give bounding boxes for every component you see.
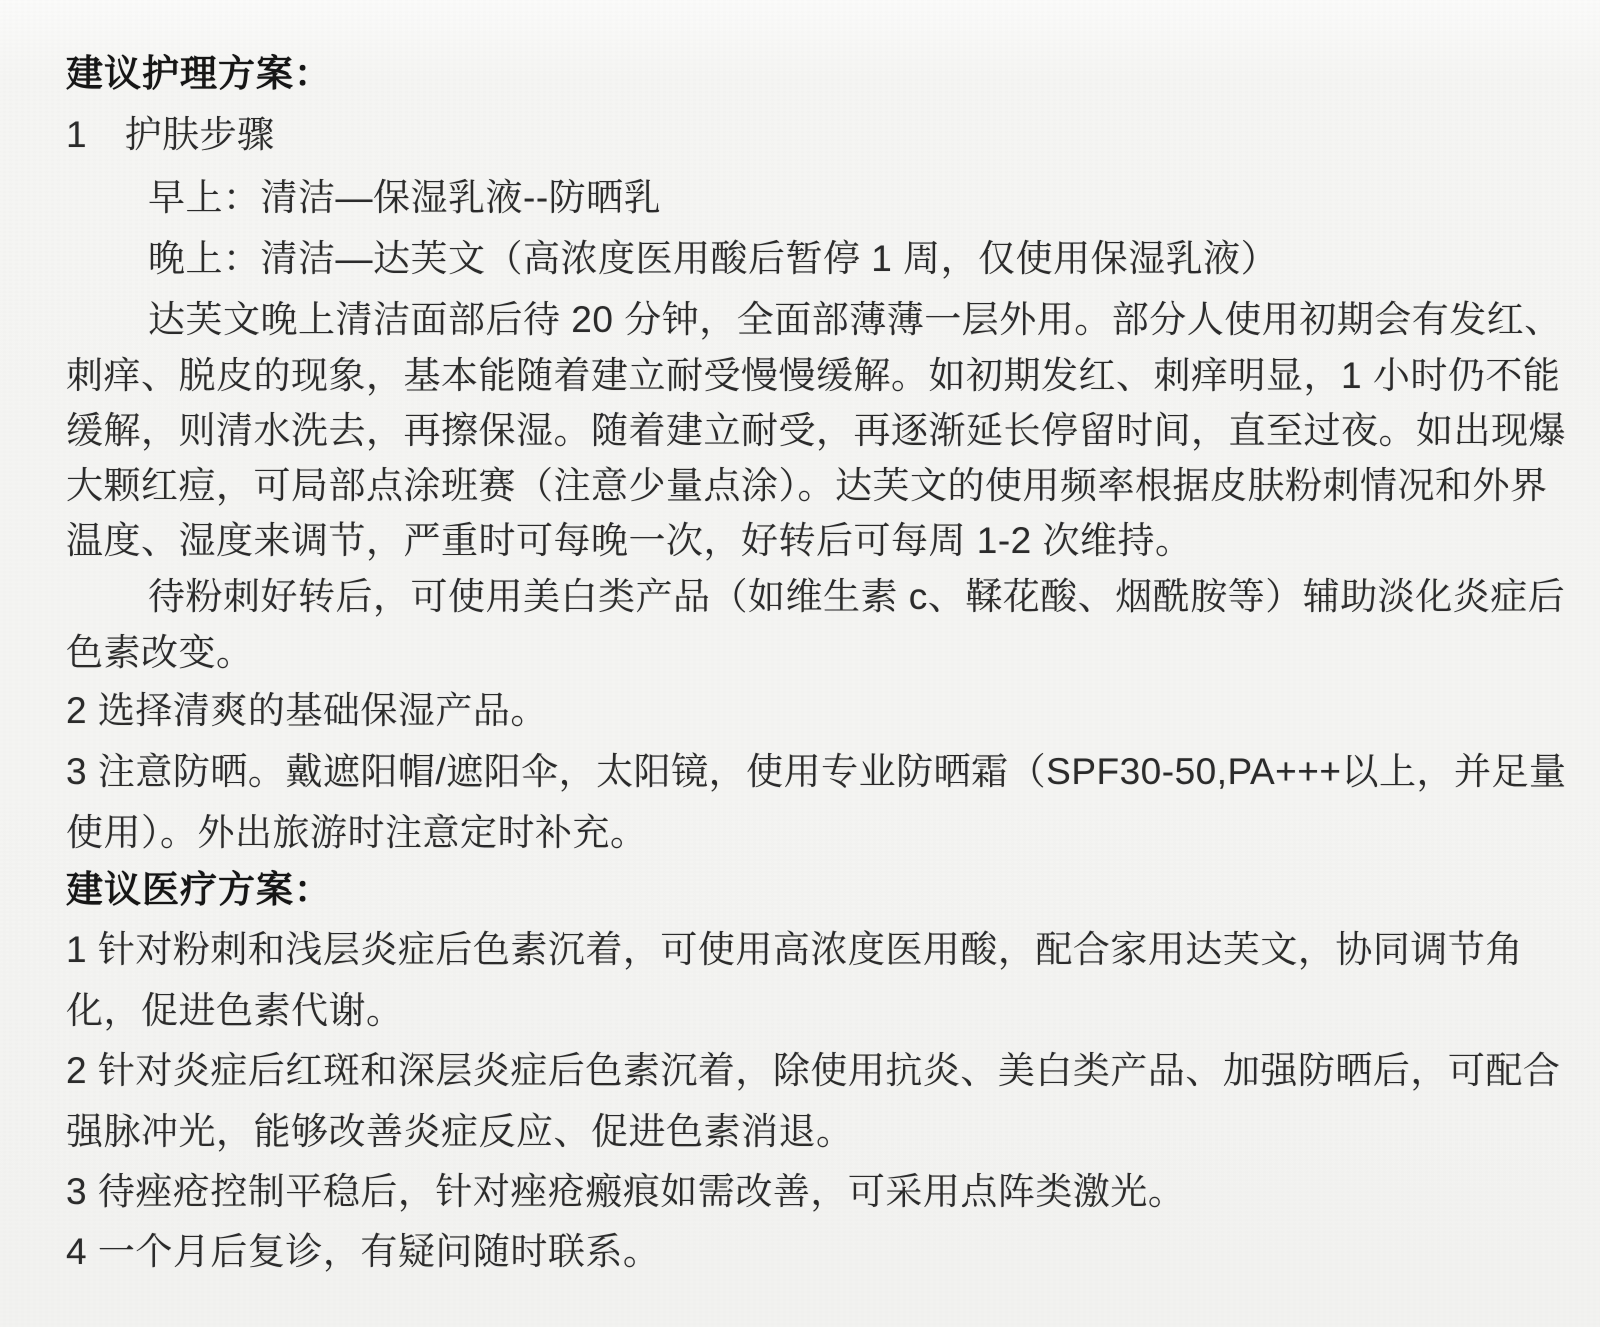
list-item-moisturizer: 2 选择清爽的基础保湿产品。 [66,689,548,733]
text-line-differin-usage-2: 刺痒、脱皮的现象，基本能随着建立耐受慢慢缓解。如初期发红、刺痒明显，1 小时仍不… [66,354,1560,398]
list-item-skincare-steps: 1 护肤步骤 [66,113,275,157]
list-item-medical-1b: 化，促进色素代谢。 [66,989,404,1033]
document-page: 建议护理方案： 1 护肤步骤 早上：清洁—保湿乳液--防晒乳 晚上：清洁—达芙文… [0,0,1600,1327]
text-line-differin-usage-4: 大颗红痘，可局部点涂班赛（注意少量点涂）。达芙文的使用频率根据皮肤粉刺情况和外界 [66,464,1548,508]
section-heading-medical-plan: 建议医疗方案： [66,868,332,912]
text-line-evening-routine: 晚上：清洁—达芙文（高浓度医用酸后暂停 1 周，仅使用保湿乳液） [148,237,1278,281]
section-heading-care-plan: 建议护理方案： [66,52,332,96]
text-line-whitening-1: 待粉刺好转后，可使用美白类产品（如维生素 c、鞣花酸、烟酰胺等）辅助淡化炎症后 [148,575,1565,619]
list-item-medical-2b: 强脉冲光，能够改善炎症反应、促进色素消退。 [66,1110,854,1154]
list-item-sun-protection-1: 3 注意防晒。戴遮阳帽/遮阳伞，太阳镜，使用专业防晒霜（SPF30-50,PA+… [66,750,1566,794]
text-line-differin-usage-5: 温度、湿度来调节，严重时可每晚一次，好转后可每周 1-2 次维持。 [66,519,1193,563]
list-item-medical-3: 3 待痤疮控制平稳后，针对痤疮瘢痕如需改善，可采用点阵类激光。 [66,1170,1185,1214]
list-item-sun-protection-2: 使用）。外出旅游时注意定时补充。 [66,811,648,855]
text-line-differin-usage-1: 达芙文晚上清洁面部后待 20 分钟，全面部薄薄一层外用。部分人使用初期会有发红、 [148,298,1562,342]
list-item-medical-1a: 1 针对粉刺和浅层炎症后色素沉着，可使用高浓度医用酸，配合家用达芙文，协同调节角 [66,928,1523,972]
text-line-morning-routine: 早上：清洁—保湿乳液--防晒乳 [148,176,661,220]
list-item-medical-4: 4 一个月后复诊，有疑问随时联系。 [66,1230,660,1274]
list-item-medical-2a: 2 针对炎症后红斑和深层炎症后色素沉着，除使用抗炎、美白类产品、加强防晒后，可配… [66,1049,1560,1093]
text-line-differin-usage-3: 缓解，则清水洗去，再擦保湿。随着建立耐受，再逐渐延长停留时间，直至过夜。如出现爆 [66,409,1566,453]
text-line-whitening-2: 色素改变。 [66,631,254,675]
